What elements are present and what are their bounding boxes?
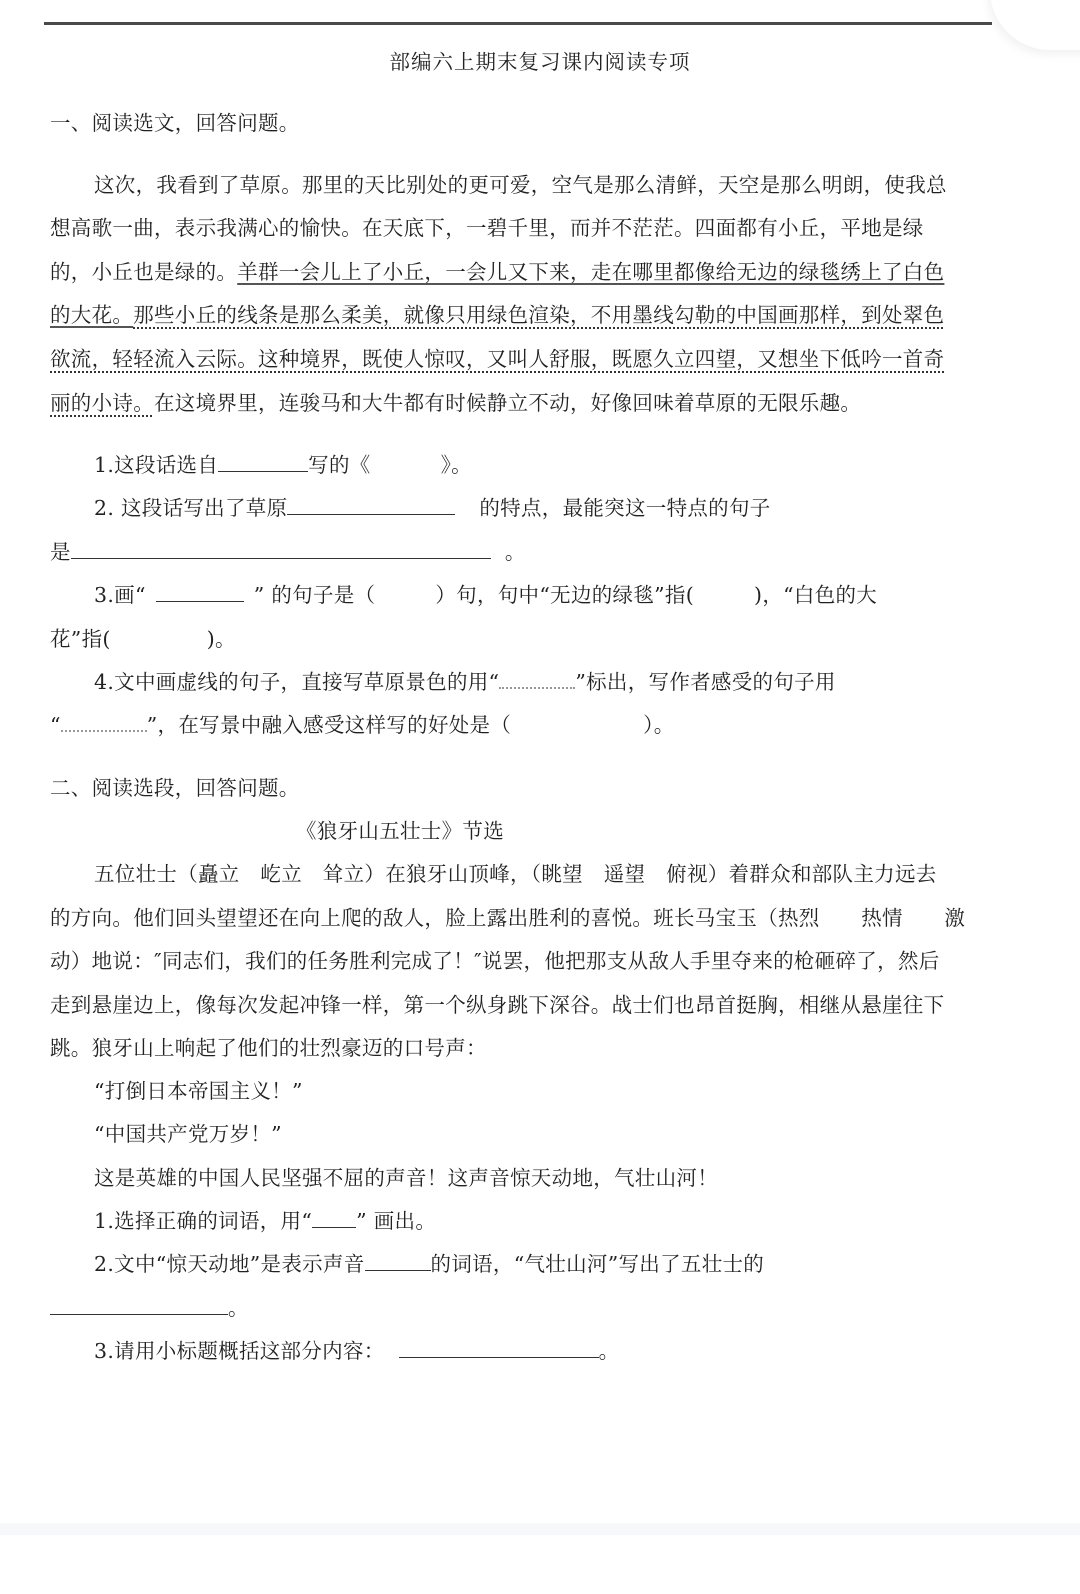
question-text: 1.选择正确的词语，用“ xyxy=(94,1209,312,1233)
question-text: 4.文中画虚线的句子，直接写草原景色的用“ xyxy=(94,670,499,694)
passage1-line2: 想高歌一曲，表示我满心的愉快。在天底下，一碧千里，而并不茫茫。四面都有小丘，平地… xyxy=(50,211,924,241)
question-text: ” 画出。 xyxy=(356,1209,436,1233)
question-text: )。 xyxy=(207,627,236,651)
question-text: 的特点，最能突这一特点的句子 xyxy=(479,496,770,520)
dotted-underlined-sentence: 欲流，轻轻流入云际。这种境界，既使人惊叹，又叫人舒服，既愿久立四望，又想坐下低吟… xyxy=(50,347,944,371)
question-text: 的词语，“气壮山河”写出了五壮士的 xyxy=(431,1252,765,1276)
question-text: 3.请用小标题概括这部分内容： xyxy=(94,1339,385,1363)
question-text: 2. 这段话写出了草原 xyxy=(94,496,287,520)
solid-underlined-sentence: 羊群一会儿上了小丘，一会儿又下来，走在哪里都像给无边的绿毯绣上了白色 xyxy=(237,260,944,284)
dotted-underlined-sentence: 丽的小诗。 xyxy=(50,391,154,415)
passage2-line3: 动）地说：″同志们，我们的任务胜利完成了！″说罢，他把那支从敌人手里夺来的枪砸碎… xyxy=(50,944,940,974)
s2-question-1: 1.选择正确的词语，用“” 画出。 xyxy=(94,1204,436,1234)
question-text: 写的《 xyxy=(308,453,370,477)
question-text: 。 xyxy=(599,1339,620,1363)
section2-heading: 二、阅读选段，回答问题。 xyxy=(50,771,300,801)
answer-blank[interactable] xyxy=(365,1252,431,1271)
s1-question-4-cont: “”，在写景中融入感受这样写的好处是（）。 xyxy=(50,708,675,738)
passage1-line4: 的大花。那些小丘的线条是那么柔美，就像只用绿色渲染，不用墨线勾勒的中国画那样，到… xyxy=(50,298,944,328)
passage2-slogan2: “中国共产党万岁！” xyxy=(94,1117,282,1147)
question-text: 》。 xyxy=(441,453,472,477)
question-text: 。 xyxy=(228,1296,249,1320)
passage2-line1: 五位壮士（矗立 屹立 耸立）在狼牙山顶峰，（眺望 遥望 俯视）着群众和部队主力远… xyxy=(94,857,937,887)
question-text: ）句，句中“无边的绿毯”指( xyxy=(435,583,694,607)
s1-question-2-cont: 是。 xyxy=(50,535,526,565)
question-text: ）。 xyxy=(643,713,674,737)
answer-blank[interactable] xyxy=(156,583,244,602)
question-text: ” 的句子是（ xyxy=(254,583,376,607)
passage2-line4: 走到悬崖边上，像每次发起冲锋一样，第一个纵身跳下深谷。战士们也昂首挺胸，相继从悬… xyxy=(50,988,944,1018)
s2-question-2: 2.文中“惊天动地”是表示声音的词语，“气壮山河”写出了五壮士的 xyxy=(94,1247,764,1277)
question-text: )，“白色的大 xyxy=(754,583,877,607)
s1-question-3-cont: 花”指()。 xyxy=(50,622,236,652)
question-text: “ xyxy=(50,713,61,737)
header-rule xyxy=(44,22,992,25)
s1-question-4: 4.文中画虚线的句子，直接写草原景色的用“”标出，写作者感受的句子用 xyxy=(94,665,836,695)
passage2-line8: 这是英雄的中国人民坚强不屈的声音！这声音惊天动地，气壮山河！ xyxy=(94,1161,718,1191)
question-text: 1.这段话选自 xyxy=(94,453,218,477)
plain-text: 的，小丘也是绿的。 xyxy=(50,260,237,284)
page-title: 部编六上期末复习课内阅读专项 xyxy=(0,45,1080,75)
section1-heading: 一、阅读选文，回答问题。 xyxy=(50,106,300,136)
answer-blank[interactable] xyxy=(50,1296,228,1315)
answer-blank[interactable] xyxy=(312,1209,356,1228)
solid-underlined-sentence: 的大花。 xyxy=(50,303,133,327)
answer-blank[interactable] xyxy=(71,540,491,559)
plain-text: 在这境界里，连骏马和大牛都有时候静立不动，好像回味着草原的无限乐趣。 xyxy=(154,391,861,415)
page-separator xyxy=(0,1523,1080,1535)
s1-question-2: 2. 这段话写出了草原的特点，最能突这一特点的句子 xyxy=(94,491,771,521)
answer-blank[interactable] xyxy=(218,453,308,472)
passage1-line6: 丽的小诗。在这境界里，连骏马和大牛都有时候静立不动，好像回味着草原的无限乐趣。 xyxy=(50,386,861,416)
passage1-line1: 这次，我看到了草原。那里的天比别处的更可爱，空气是那么清鲜，天空是那么明朗，使我… xyxy=(94,168,947,198)
s2-question-3: 3.请用小标题概括这部分内容：。 xyxy=(94,1334,619,1364)
question-text: ”，在写景中融入感受这样写的好处是（ xyxy=(147,713,511,737)
answer-blank[interactable] xyxy=(287,496,455,515)
passage1-line5: 欲流，轻轻流入云际。这种境界，既使人惊叹，又叫人舒服，既愿久立四望，又想坐下低吟… xyxy=(50,342,944,372)
passage2-slogan1: “打倒日本帝国主义！” xyxy=(94,1074,303,1104)
question-text: 花”指( xyxy=(50,627,111,651)
question-text: 2.文中“惊天动地”是表示声音 xyxy=(94,1252,365,1276)
passage2-line2: 的方向。他们回头望望还在向上爬的敌人，脸上露出胜利的喜悦。班长马宝玉（热烈 热情… xyxy=(50,901,965,931)
s2-question-2-cont: 。 xyxy=(50,1291,249,1321)
passage1-line3: 的，小丘也是绿的。羊群一会儿上了小丘，一会儿又下来，走在哪里都像给无边的绿毯绣上… xyxy=(50,255,944,285)
section2-subtitle: 《狼牙山五壮士》节选 xyxy=(296,814,504,844)
floating-panel-tab[interactable] xyxy=(990,0,1080,50)
answer-blank[interactable] xyxy=(61,712,147,732)
answer-blank[interactable] xyxy=(499,669,575,689)
question-text: 。 xyxy=(505,540,526,564)
question-text: ”标出，写作者感受的句子用 xyxy=(575,670,835,694)
answer-blank[interactable] xyxy=(399,1339,599,1358)
s1-question-1: 1.这段话选自写的《》。 xyxy=(94,448,472,478)
dotted-underlined-sentence: 那些小丘的线条是那么柔美，就像只用绿色渲染，不用墨线勾勒的中国画那样，到处翠色 xyxy=(133,303,944,327)
s1-question-3: 3.画“” 的句子是（）句，句中“无边的绿毯”指()，“白色的大 xyxy=(94,578,877,608)
question-text: 是 xyxy=(50,540,71,564)
passage2-line5: 跳。狼牙山上响起了他们的壮烈豪迈的口号声： xyxy=(50,1031,487,1061)
question-text: 3.画“ xyxy=(94,583,146,607)
